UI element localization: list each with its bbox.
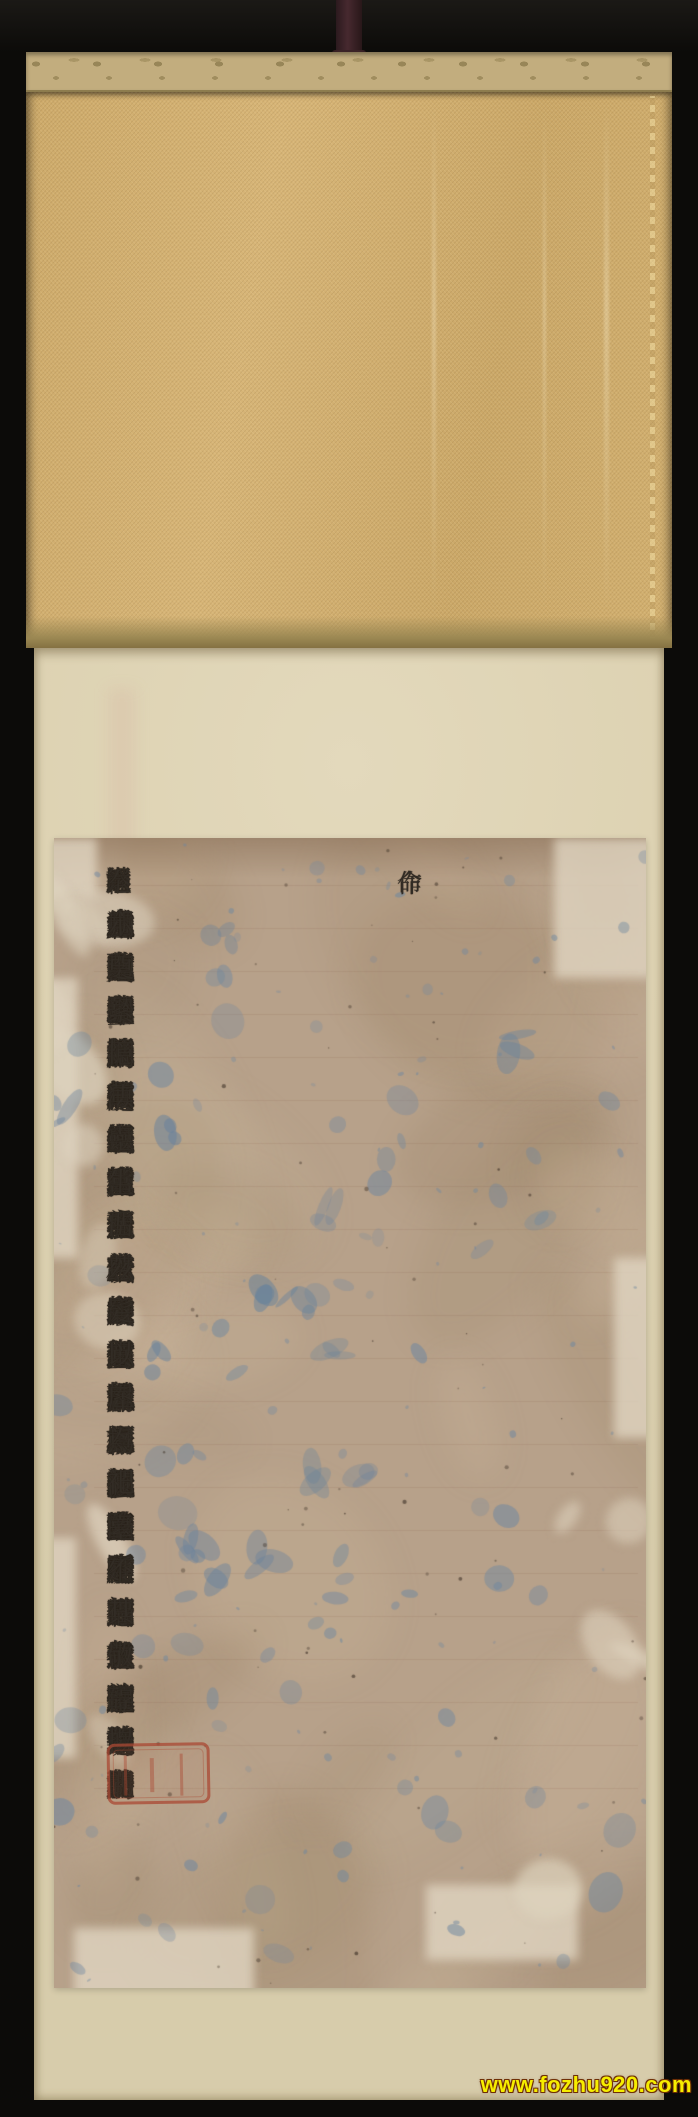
seal-glyph-mark <box>150 1758 155 1792</box>
top-brocade-band <box>26 52 672 92</box>
silk-bottom-shadow-band <box>26 616 672 648</box>
gold-silk-panel <box>26 92 672 648</box>
scroll-photo: 過淮陰謁漢祖廟祭之夲維大唐上元二年歲次乙亥八月壬申朔十六日丁巳交州交阯縣令等謹以… <box>0 0 698 2117</box>
watermark: www.fozhu920.com <box>0 2072 692 2098</box>
silk-crease <box>604 100 609 620</box>
silk-crease <box>543 100 546 620</box>
collector-seal <box>106 1742 210 1805</box>
silk-right-seam <box>650 96 655 644</box>
silk-crease <box>432 100 436 620</box>
manuscript-panel <box>54 838 646 1988</box>
manuscript-texture-canvas <box>54 838 646 1988</box>
